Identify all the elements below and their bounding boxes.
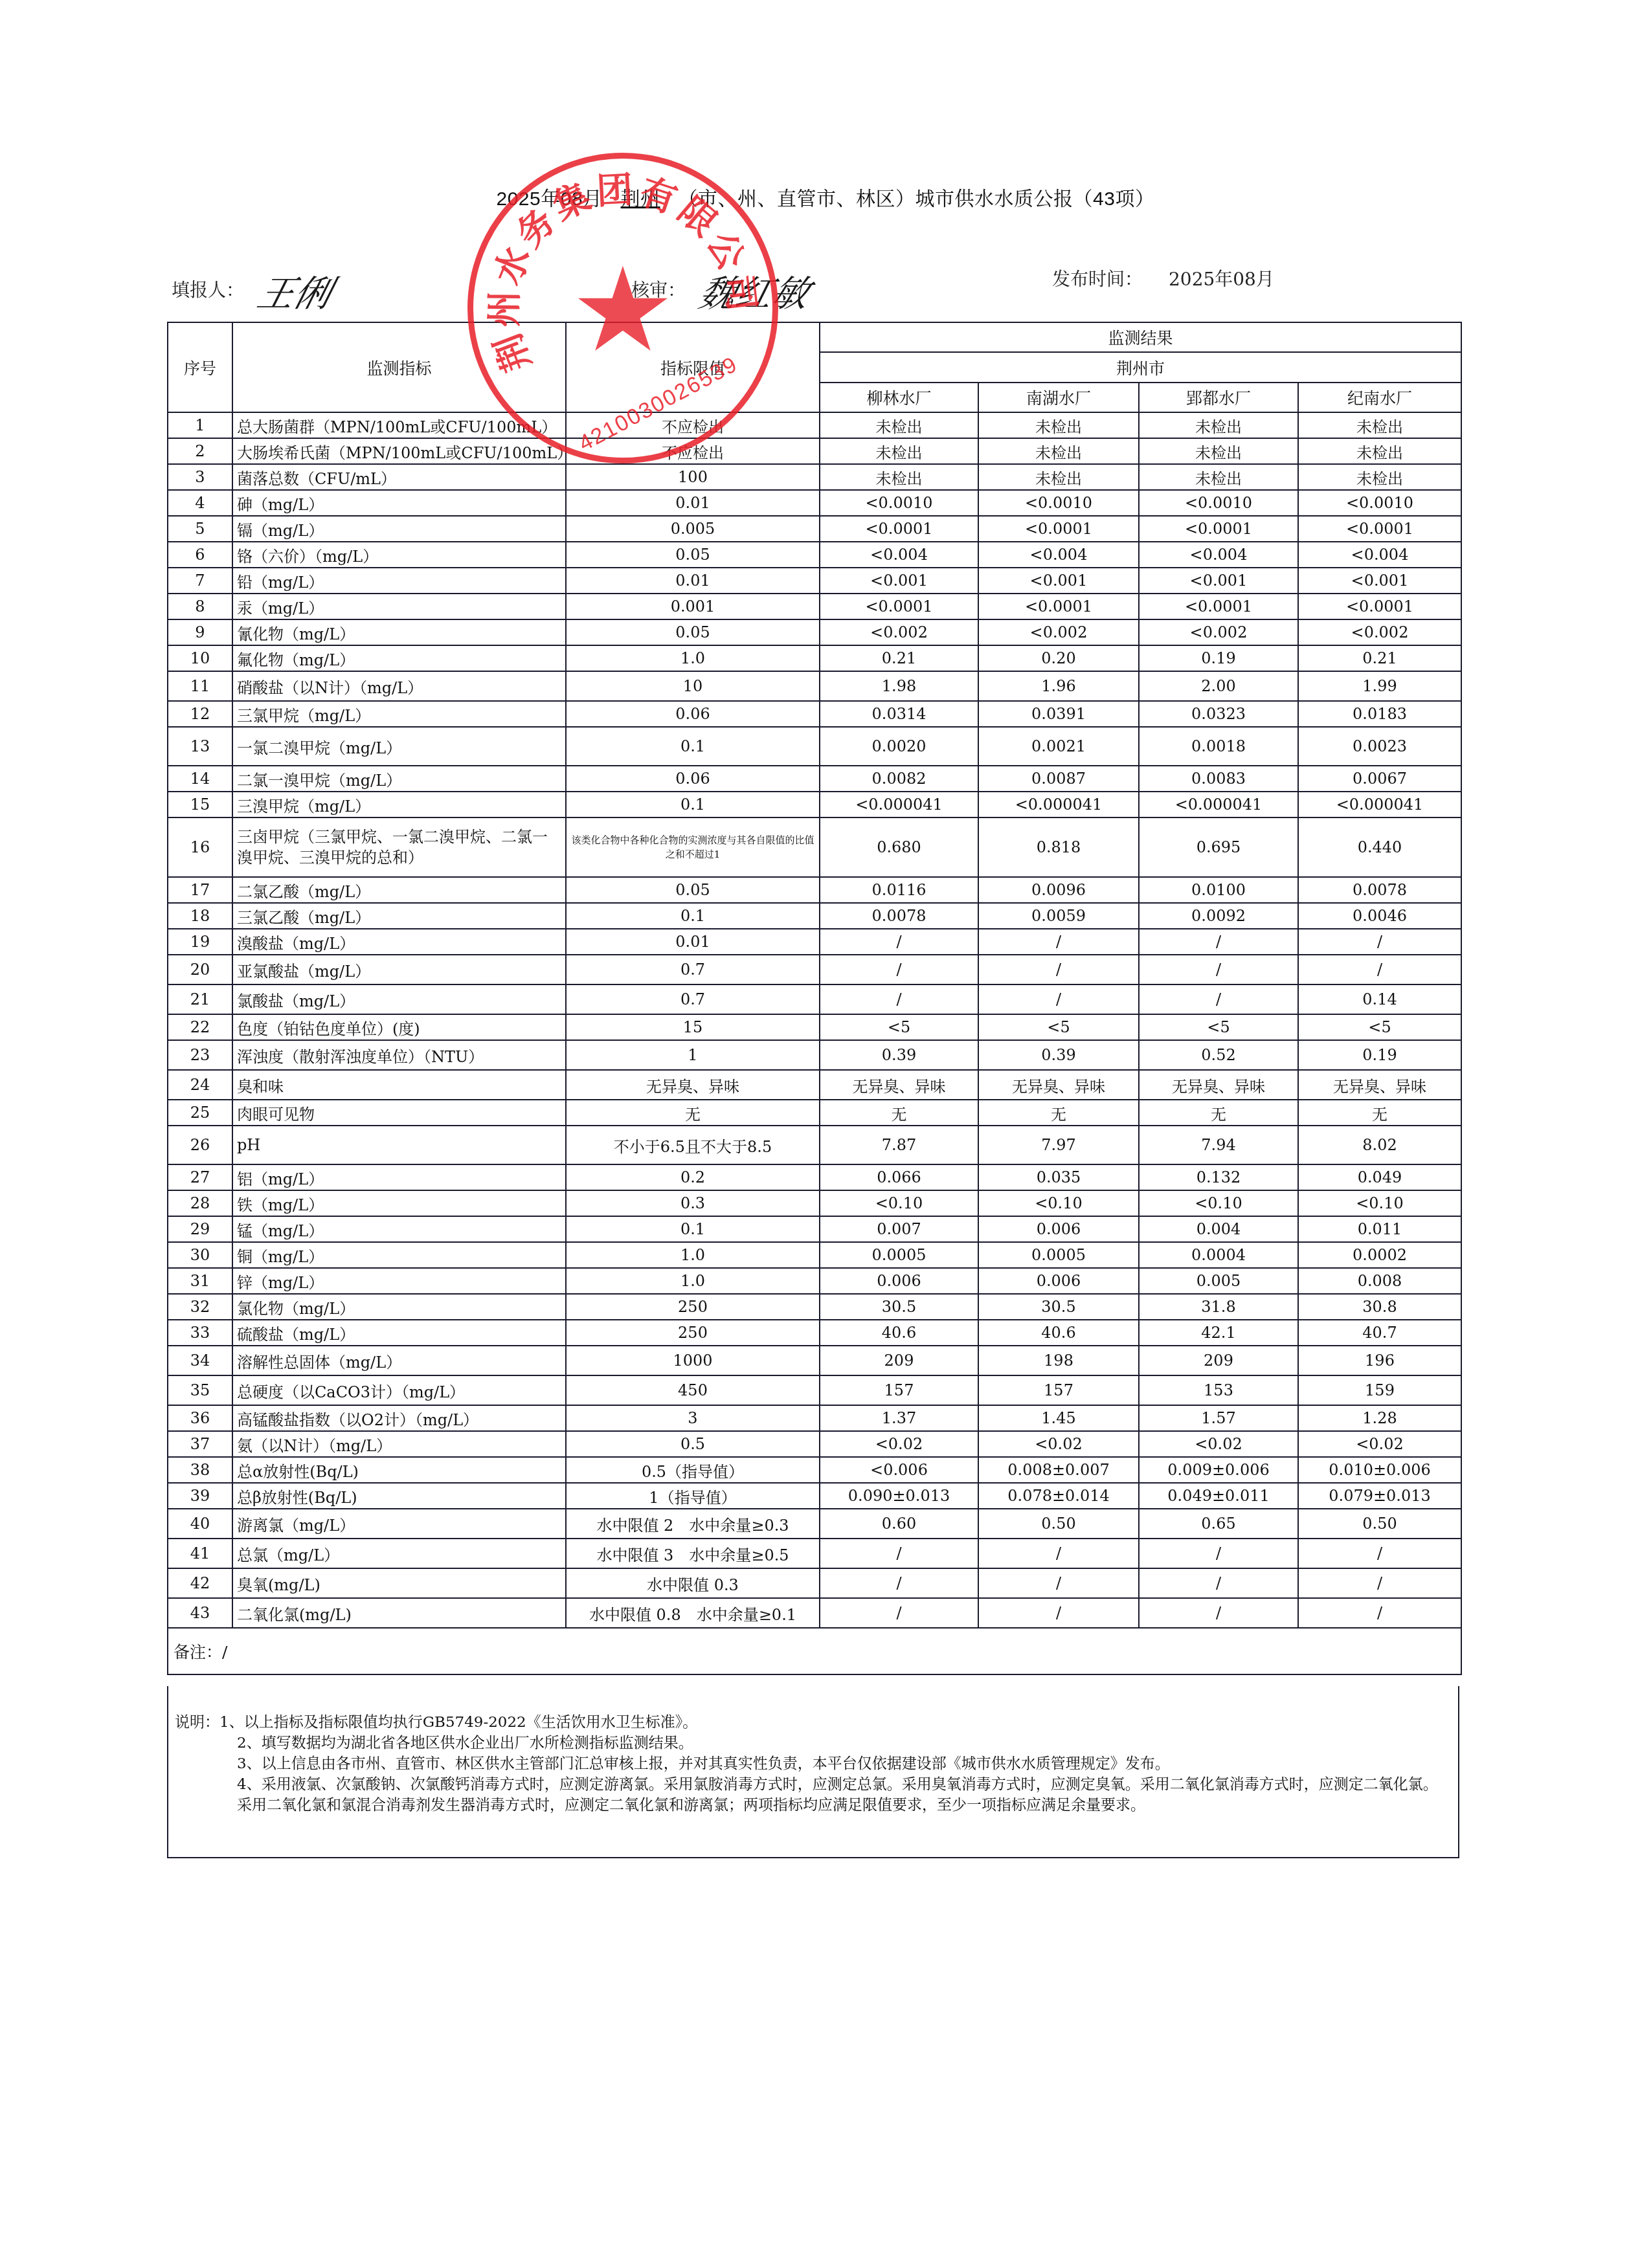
result-value: / — [1139, 1539, 1298, 1568]
result-value: 1.96 — [978, 671, 1139, 701]
row-number: 39 — [168, 1483, 232, 1509]
result-value: 0.035 — [978, 1164, 1139, 1190]
result-value: / — [1139, 929, 1298, 955]
result-value: 0.0002 — [1298, 1242, 1461, 1268]
result-value: 0.005 — [1139, 1268, 1298, 1294]
row-number: 15 — [168, 792, 232, 817]
table-row: 2大肠埃希氏菌（MPN/100mL或CFU/100mL）不应检出未检出未检出未检… — [168, 438, 1461, 464]
table-row: 19溴酸盐（mg/L）0.01//// — [168, 929, 1461, 955]
result-value: 无异臭、异味 — [978, 1070, 1139, 1100]
row-number: 36 — [168, 1405, 232, 1431]
result-value: 0.090±0.013 — [820, 1483, 978, 1509]
header-plant-jinan: 纪南水厂 — [1298, 383, 1461, 412]
indicator-name: 硫酸盐（mg/L） — [232, 1320, 566, 1346]
row-number: 29 — [168, 1216, 232, 1242]
result-value: <0.006 — [820, 1457, 978, 1483]
table-row: 31锌（mg/L）1.00.0060.0060.0050.008 — [168, 1268, 1461, 1294]
result-value: 0.066 — [820, 1164, 978, 1190]
result-value: 未检出 — [1139, 438, 1298, 464]
result-value: 40.6 — [978, 1320, 1139, 1346]
result-value: <0.10 — [1298, 1190, 1461, 1216]
row-number: 14 — [168, 766, 232, 792]
table-row: 13一氯二溴甲烷（mg/L）0.10.00200.00210.00180.002… — [168, 727, 1461, 766]
table-row: 40游离氯（mg/L）水中限值 2 水中余量≥0.30.600.500.650.… — [168, 1509, 1461, 1539]
result-value: 0.21 — [1298, 645, 1461, 671]
result-value: <0.002 — [820, 619, 978, 645]
result-value: 209 — [820, 1346, 978, 1375]
result-value: 8.02 — [1298, 1126, 1461, 1164]
result-value: <0.02 — [978, 1431, 1139, 1457]
indicator-name: 游离氯（mg/L） — [232, 1509, 566, 1539]
result-value: / — [1298, 1598, 1461, 1628]
result-value: / — [978, 1568, 1139, 1598]
indicator-name: 溶解性总固体（mg/L） — [232, 1346, 566, 1375]
reviewer-field: 核审： 魏红敏 — [631, 265, 809, 317]
result-value: 0.0314 — [820, 701, 978, 727]
result-value: 0.50 — [978, 1509, 1139, 1539]
indicator-limit: 1.0 — [566, 645, 820, 671]
result-value: <0.0001 — [978, 516, 1139, 542]
result-value: / — [1298, 955, 1461, 984]
result-value: / — [978, 984, 1139, 1014]
result-value: 0.0023 — [1298, 727, 1461, 766]
indicator-name: 溴酸盐（mg/L） — [232, 929, 566, 955]
result-value: <0.0010 — [1139, 490, 1298, 516]
row-number: 31 — [168, 1268, 232, 1294]
indicator-name: 高锰酸盐指数（以O2计）（mg/L） — [232, 1405, 566, 1431]
result-value: 0.0020 — [820, 727, 978, 766]
indicator-name: 菌落总数（CFU/mL） — [232, 464, 566, 490]
indicator-limit: 0.01 — [566, 490, 820, 516]
notes-cell: 备注：/ — [168, 1628, 1461, 1674]
result-value: <0.0001 — [1139, 594, 1298, 619]
result-value: 0.0083 — [1139, 766, 1298, 792]
row-number: 28 — [168, 1190, 232, 1216]
result-value: 198 — [978, 1346, 1139, 1375]
row-number: 38 — [168, 1457, 232, 1483]
indicator-limit: 1.0 — [566, 1242, 820, 1268]
indicator-limit: 0.1 — [566, 792, 820, 817]
result-value: <0.10 — [820, 1190, 978, 1216]
result-value: 0.0087 — [978, 766, 1139, 792]
indicator-name: 亚氯酸盐（mg/L） — [232, 955, 566, 984]
indicator-limit: 100 — [566, 464, 820, 490]
result-value: 0.0116 — [820, 877, 978, 903]
result-value: 未检出 — [978, 438, 1139, 464]
indicator-name: 浑浊度（散射浑浊度单位）（NTU） — [232, 1040, 566, 1070]
row-number: 32 — [168, 1294, 232, 1320]
result-value: <0.0001 — [1298, 594, 1461, 619]
reporter-field: 填报人： 王俐 — [172, 265, 331, 317]
indicator-name: 色度（铂钴色度单位）(度) — [232, 1014, 566, 1040]
indicator-limit: 0.01 — [566, 568, 820, 594]
indicator-limit: 1.0 — [566, 1268, 820, 1294]
result-value: 159 — [1298, 1375, 1461, 1405]
result-value: <0.02 — [1139, 1431, 1298, 1457]
row-number: 17 — [168, 877, 232, 903]
result-value: <0.000041 — [1298, 792, 1461, 817]
indicator-name: 三溴甲烷（mg/L） — [232, 792, 566, 817]
result-value: 0.0100 — [1139, 877, 1298, 903]
indicator-name: 氯化物（mg/L） — [232, 1294, 566, 1320]
result-value: / — [1298, 1568, 1461, 1598]
indicator-name: 铁（mg/L） — [232, 1190, 566, 1216]
result-value: 0.50 — [1298, 1509, 1461, 1539]
result-value: 2.00 — [1139, 671, 1298, 701]
table-row: 4砷（mg/L）0.01<0.0010<0.0010<0.0010<0.0010 — [168, 490, 1461, 516]
explanation-line-1: 说明：1、以上指标及指标限值均执行GB5749-2022《生活饮用水卫生标准》。 — [175, 1712, 1452, 1733]
indicator-name: 总大肠菌群（MPN/100mL或CFU/100mL） — [232, 412, 566, 438]
result-value: / — [820, 984, 978, 1014]
result-value: <0.000041 — [978, 792, 1139, 817]
header-indicator: 监测指标 — [232, 322, 566, 412]
indicator-name: 铬（六价）（mg/L） — [232, 542, 566, 568]
explanation-line-2: 2、填写数据均为湖北省各地区供水企业出厂水所检测指标监测结果。 — [175, 1733, 1452, 1753]
result-value: / — [820, 955, 978, 984]
result-value: <0.02 — [820, 1431, 978, 1457]
indicator-limit: 0.7 — [566, 955, 820, 984]
result-value: 0.008 — [1298, 1268, 1461, 1294]
header-limit: 指标限值 — [566, 322, 820, 412]
indicator-name: 二氧化氯(mg/L) — [232, 1598, 566, 1628]
indicator-limit: 0.005 — [566, 516, 820, 542]
indicator-name: 锌（mg/L） — [232, 1268, 566, 1294]
result-value: 0.007 — [820, 1216, 978, 1242]
result-value: <0.002 — [1298, 619, 1461, 645]
indicator-name: 三氯乙酸（mg/L） — [232, 903, 566, 929]
result-value: 0.132 — [1139, 1164, 1298, 1190]
row-number: 19 — [168, 929, 232, 955]
result-value: <0.02 — [1298, 1431, 1461, 1457]
result-value: <0.0010 — [1298, 490, 1461, 516]
row-number: 27 — [168, 1164, 232, 1190]
row-number: 5 — [168, 516, 232, 542]
result-value: <0.0001 — [820, 516, 978, 542]
result-value: 30.5 — [978, 1294, 1139, 1320]
result-value: <0.0001 — [1298, 516, 1461, 542]
indicator-limit: 0.05 — [566, 877, 820, 903]
table-row: 30铜（mg/L）1.00.00050.00050.00040.0002 — [168, 1242, 1461, 1268]
result-value: / — [978, 1539, 1139, 1568]
row-number: 9 — [168, 619, 232, 645]
result-value: / — [1298, 1539, 1461, 1568]
indicator-name: pH — [232, 1126, 566, 1164]
row-number: 30 — [168, 1242, 232, 1268]
result-value: 无 — [978, 1100, 1139, 1126]
indicator-name: 氰化物（mg/L） — [232, 619, 566, 645]
table-row: 9氰化物（mg/L）0.05<0.002<0.002<0.002<0.002 — [168, 619, 1461, 645]
result-value: 未检出 — [978, 464, 1139, 490]
table-row: 38总α放射性(Bq/L)0.5（指导值）<0.0060.008±0.0070.… — [168, 1457, 1461, 1483]
result-value: 0.009±0.006 — [1139, 1457, 1298, 1483]
indicator-limit: 0.5（指导值） — [566, 1457, 820, 1483]
indicator-limit: 0.001 — [566, 594, 820, 619]
table-row: 18三氯乙酸（mg/L）0.10.00780.00590.00920.0046 — [168, 903, 1461, 929]
result-value: 0.39 — [820, 1040, 978, 1070]
explanation-line-3: 3、以上信息由各市州、直管市、林区供水主管部门汇总审核上报，并对其真实性负责，本… — [175, 1753, 1452, 1774]
indicator-limit: 0.05 — [566, 542, 820, 568]
indicator-limit: 0.5 — [566, 1431, 820, 1457]
indicator-limit: 0.01 — [566, 929, 820, 955]
result-value: 1.28 — [1298, 1405, 1461, 1431]
result-value: <0.001 — [820, 568, 978, 594]
indicator-name: 氨（以N计）（mg/L） — [232, 1431, 566, 1457]
table-row: 10氟化物（mg/L）1.00.210.200.190.21 — [168, 645, 1461, 671]
result-value: <0.0010 — [978, 490, 1139, 516]
indicator-limit: 该类化合物中各种化合物的实测浓度与其各自限值的比值之和不超过1 — [566, 817, 820, 877]
row-number: 4 — [168, 490, 232, 516]
result-value: 1.99 — [1298, 671, 1461, 701]
row-number: 11 — [168, 671, 232, 701]
result-value: 30.8 — [1298, 1294, 1461, 1320]
result-value: <0.001 — [1298, 568, 1461, 594]
row-number: 37 — [168, 1431, 232, 1457]
result-value: / — [1139, 984, 1298, 1014]
result-value: 0.079±0.013 — [1298, 1483, 1461, 1509]
indicator-name: 硝酸盐（以N计）（mg/L） — [232, 671, 566, 701]
result-value: 0.0092 — [1139, 903, 1298, 929]
result-value: 未检出 — [820, 438, 978, 464]
indicator-limit: 0.3 — [566, 1190, 820, 1216]
indicator-limit: 0.05 — [566, 619, 820, 645]
result-value: 31.8 — [1139, 1294, 1298, 1320]
result-value: <0.10 — [978, 1190, 1139, 1216]
indicator-name: 三氯甲烷（mg/L） — [232, 701, 566, 727]
result-value: / — [1139, 1568, 1298, 1598]
row-number: 18 — [168, 903, 232, 929]
result-value: / — [978, 929, 1139, 955]
result-value: <0.0010 — [820, 490, 978, 516]
result-value: / — [820, 1598, 978, 1628]
result-value: 0.0018 — [1139, 727, 1298, 766]
indicator-name: 氟化物（mg/L） — [232, 645, 566, 671]
result-value: <0.001 — [978, 568, 1139, 594]
table-row: 42臭氧(mg/L)水中限值 0.3//// — [168, 1568, 1461, 1598]
title-period: 2025年08月 — [497, 188, 603, 210]
table-row: 3菌落总数（CFU/mL）100未检出未检出未检出未检出 — [168, 464, 1461, 490]
indicator-name: 镉（mg/L） — [232, 516, 566, 542]
row-number: 34 — [168, 1346, 232, 1375]
result-value: 未检出 — [1139, 412, 1298, 438]
indicator-limit: 0.7 — [566, 984, 820, 1014]
result-value: / — [1139, 1598, 1298, 1628]
result-value: <5 — [978, 1014, 1139, 1040]
indicator-limit: 250 — [566, 1294, 820, 1320]
table-row: 11硝酸盐（以N计）（mg/L）101.981.962.001.99 — [168, 671, 1461, 701]
publish-date-label: 发布时间： — [1052, 269, 1143, 290]
header-city: 荆州市 — [820, 352, 1461, 383]
indicator-limit: 250 — [566, 1320, 820, 1346]
result-value: 1.98 — [820, 671, 978, 701]
result-value: 196 — [1298, 1346, 1461, 1375]
result-value: 无 — [1139, 1100, 1298, 1126]
table-row: 43二氧化氯(mg/L)水中限值 0.8 水中余量≥0.1//// — [168, 1598, 1461, 1628]
table-row: 14二氯一溴甲烷（mg/L）0.060.00820.00870.00830.00… — [168, 766, 1461, 792]
result-value: 0.60 — [820, 1509, 978, 1539]
header-plant-nanhu: 南湖水厂 — [978, 383, 1139, 412]
table-row: 27铝（mg/L）0.20.0660.0350.1320.049 — [168, 1164, 1461, 1190]
row-number: 8 — [168, 594, 232, 619]
indicator-name: 铅（mg/L） — [232, 568, 566, 594]
result-value: 7.94 — [1139, 1126, 1298, 1164]
result-value: 0.52 — [1139, 1040, 1298, 1070]
result-value: 0.008±0.007 — [978, 1457, 1139, 1483]
row-number: 35 — [168, 1375, 232, 1405]
table-row: 21氯酸盐（mg/L）0.7///0.14 — [168, 984, 1461, 1014]
indicator-limit: 0.1 — [566, 727, 820, 766]
row-number: 40 — [168, 1509, 232, 1539]
result-value: 42.1 — [1139, 1320, 1298, 1346]
result-value: 未检出 — [1298, 438, 1461, 464]
row-number: 10 — [168, 645, 232, 671]
table-row: 34溶解性总固体（mg/L）1000209198209196 — [168, 1346, 1461, 1375]
result-value: / — [978, 955, 1139, 984]
result-value: <0.0001 — [978, 594, 1139, 619]
result-value: / — [978, 1598, 1139, 1628]
result-value: 0.19 — [1139, 645, 1298, 671]
result-value: <0.000041 — [1139, 792, 1298, 817]
indicator-name: 汞（mg/L） — [232, 594, 566, 619]
row-number: 25 — [168, 1100, 232, 1126]
explanation-block: 说明：1、以上指标及指标限值均执行GB5749-2022《生活饮用水卫生标准》。… — [167, 1686, 1459, 1858]
indicator-limit: 0.1 — [566, 903, 820, 929]
indicator-name: 铝（mg/L） — [232, 1164, 566, 1190]
result-value: 209 — [1139, 1346, 1298, 1375]
indicator-limit: 水中限值 0.8 水中余量≥0.1 — [566, 1598, 820, 1628]
indicator-name: 铜（mg/L） — [232, 1242, 566, 1268]
reporter-label: 填报人： — [172, 280, 244, 301]
row-number: 3 — [168, 464, 232, 490]
indicator-limit: 3 — [566, 1405, 820, 1431]
indicator-limit: 水中限值 0.3 — [566, 1568, 820, 1598]
result-value: 0.0096 — [978, 877, 1139, 903]
indicator-limit: 1 — [566, 1040, 820, 1070]
indicator-name: 大肠埃希氏菌（MPN/100mL或CFU/100mL） — [232, 438, 566, 464]
row-number: 6 — [168, 542, 232, 568]
table-row: 6铬（六价）（mg/L）0.05<0.004<0.004<0.004<0.004 — [168, 542, 1461, 568]
result-value: 0.680 — [820, 817, 978, 877]
table-row: 25肉眼可见物无无无无无 — [168, 1100, 1461, 1126]
row-number: 12 — [168, 701, 232, 727]
result-value: 30.5 — [820, 1294, 978, 1320]
indicator-limit: 15 — [566, 1014, 820, 1040]
table-row: 16三卤甲烷（三氯甲烷、一氯二溴甲烷、二氯一溴甲烷、三溴甲烷的总和）该类化合物中… — [168, 817, 1461, 877]
table-row: 1总大肠菌群（MPN/100mL或CFU/100mL）不应检出未检出未检出未检出… — [168, 412, 1461, 438]
result-value: 0.049±0.011 — [1139, 1483, 1298, 1509]
result-value: <0.004 — [978, 542, 1139, 568]
indicator-name: 总β放射性(Bq/L) — [232, 1483, 566, 1509]
table-row: 8汞（mg/L）0.001<0.0001<0.0001<0.0001<0.000… — [168, 594, 1461, 619]
indicator-name: 氯酸盐（mg/L） — [232, 984, 566, 1014]
result-value: 157 — [820, 1375, 978, 1405]
indicator-limit: 450 — [566, 1375, 820, 1405]
row-number: 23 — [168, 1040, 232, 1070]
reporter-signature: 王俐 — [253, 265, 338, 317]
result-value: 0.006 — [820, 1268, 978, 1294]
result-value: 0.0391 — [978, 701, 1139, 727]
row-number: 2 — [168, 438, 232, 464]
result-value: 无异臭、异味 — [1139, 1070, 1298, 1100]
indicator-limit: 0.06 — [566, 766, 820, 792]
indicator-name: 臭和味 — [232, 1070, 566, 1100]
result-value: <0.0001 — [1139, 516, 1298, 542]
result-value: 0.049 — [1298, 1164, 1461, 1190]
result-value: / — [820, 1568, 978, 1598]
row-number: 22 — [168, 1014, 232, 1040]
result-value: 0.0005 — [820, 1242, 978, 1268]
result-value: 1.45 — [978, 1405, 1139, 1431]
table-row: 5镉（mg/L）0.005<0.0001<0.0001<0.0001<0.000… — [168, 516, 1461, 542]
header-plant-liulin: 柳林水厂 — [820, 383, 978, 412]
result-value: 0.695 — [1139, 817, 1298, 877]
result-value: 1.37 — [820, 1405, 978, 1431]
indicator-name: 臭氧(mg/L) — [232, 1568, 566, 1598]
indicator-limit: 1000 — [566, 1346, 820, 1375]
result-value: <0.001 — [1139, 568, 1298, 594]
result-value: 无异臭、异味 — [1298, 1070, 1461, 1100]
result-value: 无 — [820, 1100, 978, 1126]
indicator-name: 总硬度（以CaCO3计）（mg/L） — [232, 1375, 566, 1405]
row-number: 42 — [168, 1568, 232, 1598]
result-value: 7.97 — [978, 1126, 1139, 1164]
result-value: 0.0078 — [1298, 877, 1461, 903]
indicator-name: 砷（mg/L） — [232, 490, 566, 516]
result-value: 0.818 — [978, 817, 1139, 877]
table-row: 22色度（铂钴色度单位）(度)15<5<5<5<5 — [168, 1014, 1461, 1040]
row-number: 20 — [168, 955, 232, 984]
result-value: <0.004 — [820, 542, 978, 568]
result-value: 0.19 — [1298, 1040, 1461, 1070]
header-results: 监测结果 — [820, 322, 1461, 352]
table-row: 33硫酸盐（mg/L）25040.640.642.140.7 — [168, 1320, 1461, 1346]
result-value: 0.0046 — [1298, 903, 1461, 929]
table-row: 17二氯乙酸（mg/L）0.050.01160.00960.01000.0078 — [168, 877, 1461, 903]
result-value: 0.14 — [1298, 984, 1461, 1014]
result-value: 157 — [978, 1375, 1139, 1405]
table-row: 36高锰酸盐指数（以O2计）（mg/L）31.371.451.571.28 — [168, 1405, 1461, 1431]
result-value: 40.7 — [1298, 1320, 1461, 1346]
title-city: 荆州 — [603, 188, 679, 210]
result-value: 0.0021 — [978, 727, 1139, 766]
row-number: 1 — [168, 412, 232, 438]
indicator-name: 锰（mg/L） — [232, 1216, 566, 1242]
indicator-name: 一氯二溴甲烷（mg/L） — [232, 727, 566, 766]
report-title: 2025年08月荆州（市、州、直管市、林区）城市供水水质公报（43项） — [0, 183, 1651, 211]
row-number: 33 — [168, 1320, 232, 1346]
result-value: 0.0323 — [1139, 701, 1298, 727]
result-value: <0.0001 — [820, 594, 978, 619]
result-value: 未检出 — [1139, 464, 1298, 490]
result-value: 0.0004 — [1139, 1242, 1298, 1268]
result-value: 0.010±0.006 — [1298, 1457, 1461, 1483]
indicator-limit: 0.06 — [566, 701, 820, 727]
result-value: 40.6 — [820, 1320, 978, 1346]
water-quality-table: 序号 监测指标 指标限值 监测结果 荆州市 柳林水厂 南湖水厂 郢都水厂 纪南水… — [167, 322, 1462, 1675]
table-row: 24臭和味无异臭、异味无异臭、异味无异臭、异味无异臭、异味无异臭、异味 — [168, 1070, 1461, 1100]
result-value: 0.011 — [1298, 1216, 1461, 1242]
explanation-line-4: 4、采用液氯、次氯酸钠、次氯酸钙消毒方式时，应测定游离氯。采用氯胺消毒方式时，应… — [175, 1774, 1452, 1816]
result-value: 无异臭、异味 — [820, 1070, 978, 1100]
result-value: 0.006 — [978, 1216, 1139, 1242]
indicator-limit: 无 — [566, 1100, 820, 1126]
result-value: 未检出 — [820, 412, 978, 438]
row-number: 43 — [168, 1598, 232, 1628]
reviewer-label: 核审： — [631, 280, 686, 301]
result-value: / — [820, 929, 978, 955]
result-value: 未检出 — [1298, 464, 1461, 490]
result-value: / — [1139, 955, 1298, 984]
table-row: 23浑浊度（散射浑浊度单位）（NTU）10.390.390.520.19 — [168, 1040, 1461, 1070]
